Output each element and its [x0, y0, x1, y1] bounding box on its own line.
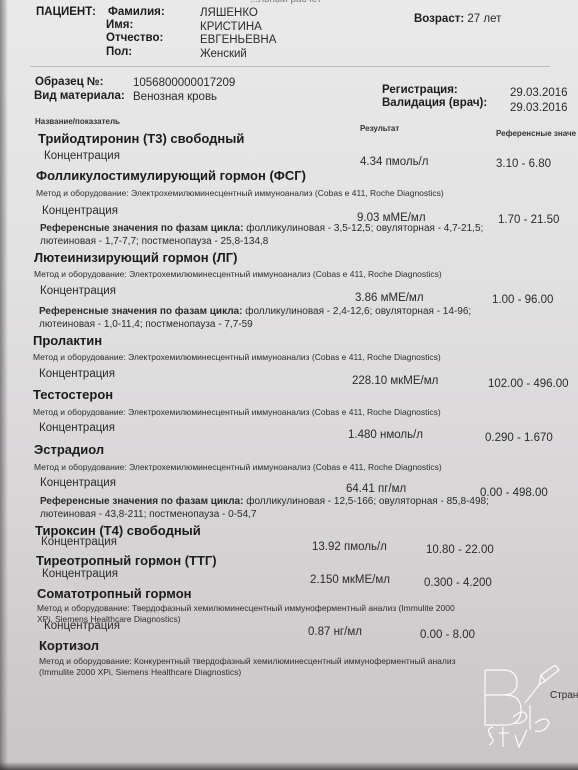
clipped-header-text: ...льный расчет — [250, 0, 321, 5]
registration-label: Регистрация: — [382, 84, 458, 96]
name-value: КРИСТИНА — [200, 21, 262, 33]
test-result-t4: 13.92 пмоль/л — [312, 541, 387, 553]
test-phase-ref-lh: Референсные значения по фазам цикла: фол… — [39, 305, 519, 331]
sex-label: Пол: — [106, 46, 132, 58]
test-title-estradiol: Эстрадиол — [34, 442, 104, 457]
sample-number-value: 1056800000017209 — [133, 77, 235, 89]
validation-label: Валидация (врач): — [382, 97, 487, 109]
test-param-t3: Концентрация — [44, 150, 120, 162]
test-title-lh: Лютеинизирующий гормон (ЛГ) — [34, 250, 237, 265]
test-result-testosterone: 1.480 нмоль/л — [348, 429, 423, 441]
test-param-fsh: Концентрация — [42, 205, 118, 217]
test-phase-ref-fsh: Референсные значения по фазам цикла: фол… — [40, 222, 510, 248]
name-label: Имя: — [106, 19, 133, 31]
test-method-fsh: Метод и оборудование: Электрохемилюминес… — [36, 188, 444, 198]
test-reference-testosterone: 0.290 - 1.670 — [485, 432, 553, 444]
column-header-reference: Референсные значе — [496, 129, 576, 138]
watermark-logo-icon — [475, 665, 560, 765]
surname-value: ЛЯШЕНКО — [200, 7, 258, 19]
test-param-estradiol: Концентрация — [40, 477, 116, 489]
validation-value: 29.03.2016 — [510, 102, 568, 114]
surname-label: Фамилия: — [108, 6, 165, 18]
test-result-tsh: 2.150 мкМЕ/мл — [310, 574, 390, 586]
sex-value: Женский — [200, 48, 247, 60]
test-method-cortisol: Метод и оборудование: Конкурентный тверд… — [39, 656, 479, 678]
test-reference-gh: 0.00 - 8.00 — [420, 629, 475, 641]
patient-label: ПАЦИЕНТ: — [36, 6, 96, 18]
test-param-testosterone: Концентрация — [39, 422, 115, 434]
test-param-prolactin: Концентрация — [39, 368, 115, 380]
material-value: Венозная кровь — [133, 91, 217, 103]
test-title-testosterone: Тестостерон — [33, 387, 113, 402]
material-label: Вид материала: — [34, 90, 125, 102]
test-result-estradiol: 64.41 пг/мл — [346, 483, 406, 495]
age-label: Возраст: — [414, 13, 464, 25]
test-result-gh: 0.87 нг/мл — [308, 626, 362, 638]
test-title-fsh: Фолликулостимулирующий гормон (ФСГ) — [36, 168, 306, 183]
column-header-result: Результат — [360, 124, 399, 133]
test-reference-prolactin: 102.00 - 496.00 — [488, 378, 569, 390]
patronymic-value: ЕВГЕНЬЕВНА — [200, 34, 276, 46]
test-param-lh: Концентрация — [40, 285, 116, 297]
test-result-prolactin: 228.10 мкМЕ/мл — [352, 375, 438, 387]
test-method-lh: Метод и оборудование: Электрохемилюминес… — [34, 269, 442, 279]
patronymic-label: Отчество: — [106, 32, 163, 44]
test-title-t3: Трийодтиронин (Т3) свободный — [38, 131, 244, 146]
test-result-t3: 4.34 пмоль/л — [360, 156, 428, 168]
test-param-t4: Концентрация — [41, 536, 117, 548]
header-divider — [30, 66, 550, 67]
age-value: 27 лет — [467, 13, 501, 25]
page-edge-shadow — [0, 0, 8, 770]
registration-value: 29.03.2016 — [510, 87, 568, 99]
test-reference-t3: 3.10 - 6.80 — [496, 158, 551, 170]
bottom-shadow — [0, 762, 578, 770]
test-param-gh: Концентрация — [44, 620, 120, 632]
test-method-testosterone: Метод и оборудование: Электрохемилюминес… — [33, 407, 441, 417]
test-reference-t4: 10.80 - 22.00 — [426, 544, 494, 556]
test-result-lh: 3.86 мМЕ/мл — [355, 292, 424, 304]
test-reference-tsh: 0.300 - 4.200 — [424, 577, 492, 589]
test-phase-ref-estradiol: Референсные значения по фазам цикла: фол… — [40, 495, 520, 521]
test-title-tsh: Тиреотропный гормон (ТТГ) — [36, 553, 217, 568]
test-title-cortisol: Кортизол — [39, 638, 99, 653]
test-method-prolactin: Метод и оборудование: Электрохемилюминес… — [33, 352, 441, 362]
sample-number-label: Образец №: — [35, 76, 103, 88]
test-title-gh: Соматотропный гормон — [37, 586, 192, 601]
test-param-tsh: Концентрация — [42, 568, 118, 580]
test-method-estradiol: Метод и оборудование: Электрохемилюминес… — [34, 462, 442, 472]
test-title-prolactin: Пролактин — [33, 333, 102, 348]
age: Возраст: 27 лет — [414, 13, 501, 25]
column-header-name: Название/показатель — [35, 117, 120, 126]
